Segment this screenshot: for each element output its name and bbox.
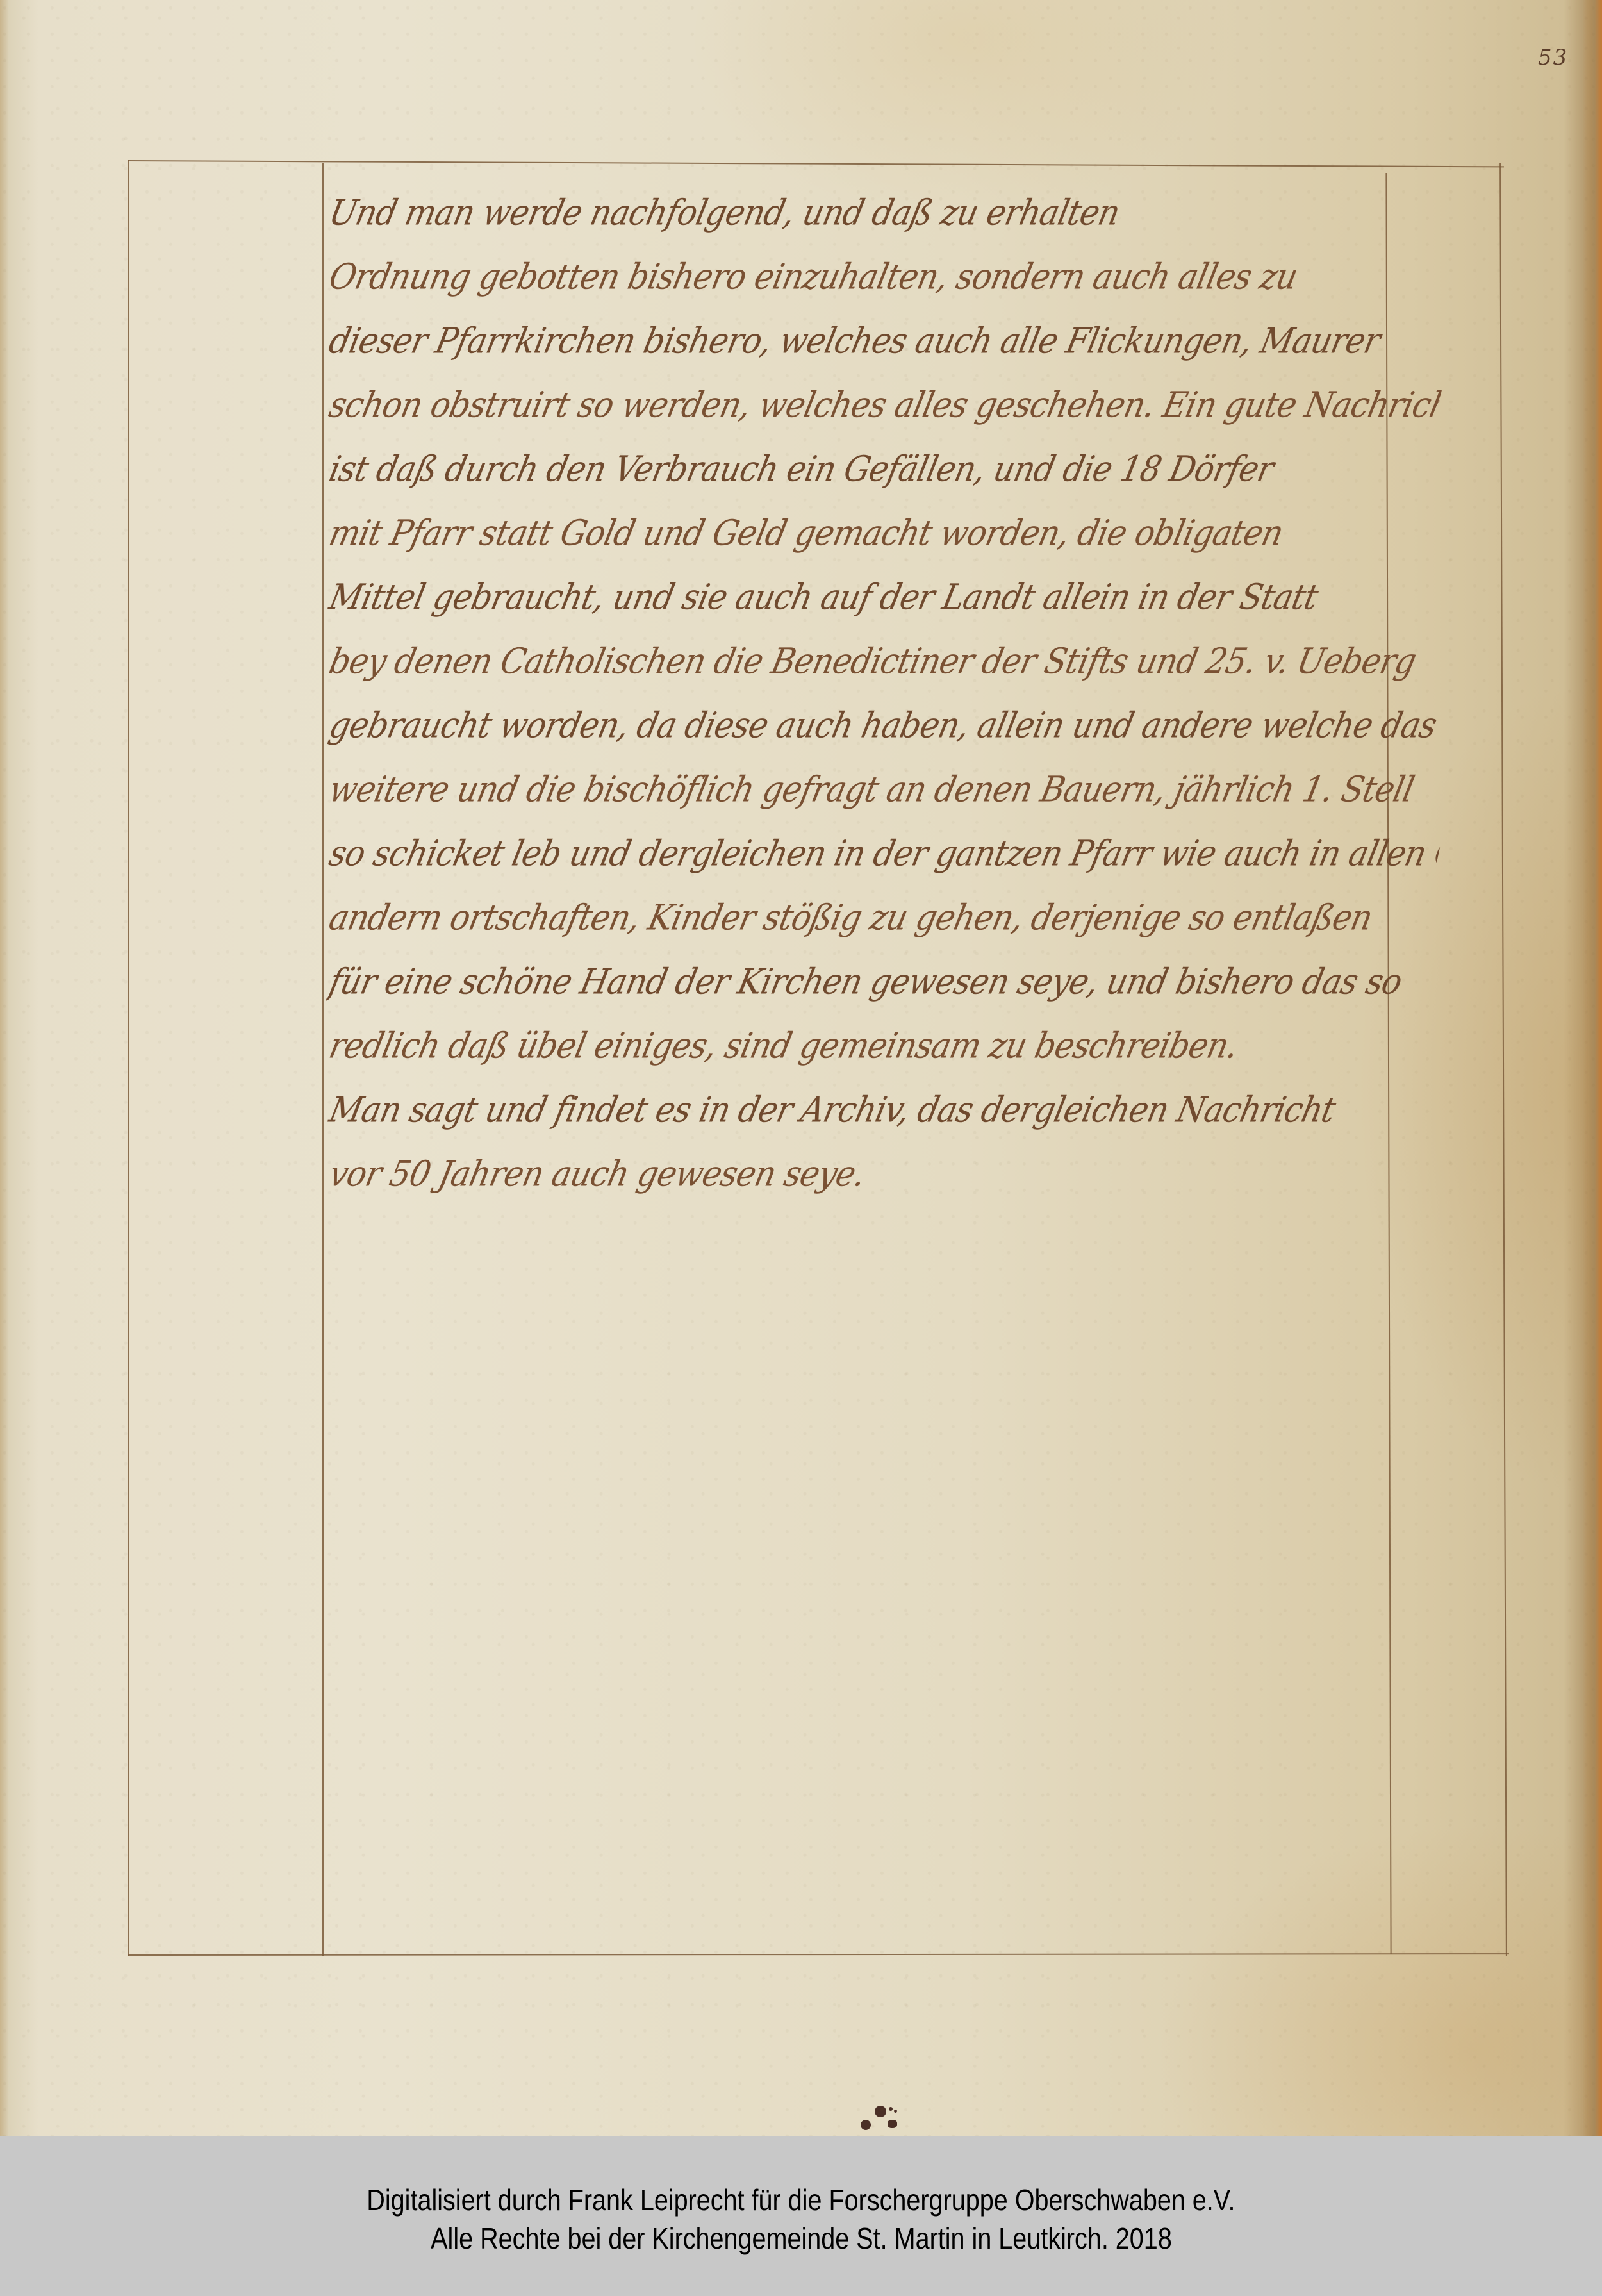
frame-top-rule (128, 160, 1504, 167)
handwritten-line: mit Pfarr statt Gold und Geld gemacht wo… (322, 498, 1446, 568)
handwritten-line: Und man werde nachfolgend, und daß zu er… (322, 178, 1446, 248)
handwritten-line: dieser Pfarrkirchen bishero, welches auc… (322, 306, 1446, 376)
handwritten-line: gebraucht worden, da diese auch haben, a… (322, 690, 1446, 761)
caption-digitization-credit: Digitalisiert durch Frank Leiprecht für … (367, 2181, 1235, 2219)
handwritten-line: Ordnung gebotten bishero einzuhalten, so… (322, 242, 1446, 312)
frame-left-rule (128, 160, 129, 1956)
handwritten-line: für eine schöne Hand der Kirchen gewesen… (322, 946, 1446, 1017)
handwritten-line: ist daß durch den Verbrauch ein Gefällen… (322, 434, 1446, 504)
handwritten-line: vor 50 Jahren auch gewesen seye. (322, 1139, 1446, 1209)
handwritten-line: Man sagt und findet es in der Archiv, da… (322, 1075, 1446, 1145)
handwritten-line: redlich daß übel einiges, sind gemeinsam… (322, 1011, 1446, 1081)
folio-number: 53 (1538, 45, 1568, 70)
handwritten-line: weitere und die bischöflich gefragt an d… (322, 754, 1446, 825)
handwritten-line: bey denen Catholischen die Benedictiner … (322, 626, 1446, 697)
handwritten-text-block: Und man werde nachfolgend, und daß zu er… (330, 181, 1439, 1206)
caption-rights-notice: Alle Rechte bei der Kirchengemeinde St. … (431, 2219, 1172, 2258)
frame-left-margin-rule (322, 163, 324, 1956)
handwritten-line: so schicket leb und dergleichen in der g… (322, 818, 1446, 889)
handwritten-line: andern ortschaften, Kinder stößig zu geh… (322, 882, 1446, 953)
book-fore-edge (1583, 0, 1602, 2136)
manuscript-page-scan: 53 Und man werde nachfolgend, und daß zu… (0, 0, 1602, 2136)
handwritten-line: Mittel gebraucht, und sie auch auf der L… (322, 562, 1446, 632)
book-gutter-edge (0, 0, 9, 2136)
copyright-caption: Digitalisiert durch Frank Leiprecht für … (0, 2136, 1602, 2296)
frame-bottom-rule (128, 1953, 1509, 1956)
document-viewer: 53 Und man werde nachfolgend, und daß zu… (0, 0, 1602, 2296)
ink-blot-mark (855, 2101, 907, 2136)
frame-right-rule (1499, 163, 1507, 1956)
handwritten-line: schon obstruirt so werden, welches alles… (322, 370, 1446, 440)
